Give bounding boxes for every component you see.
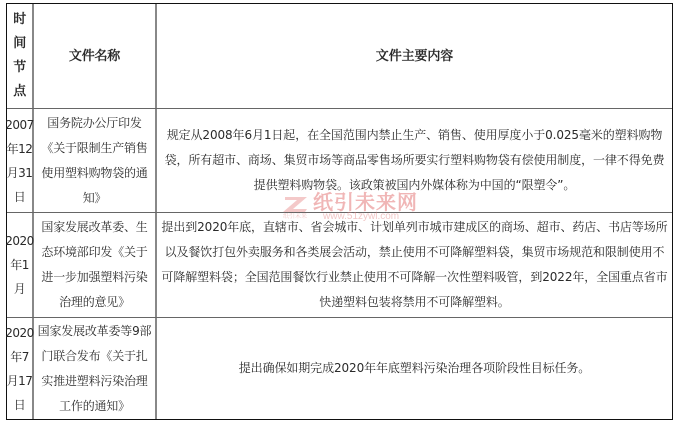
row-time: 2020年7月17日	[7, 318, 34, 419]
header-name: 文件名称	[34, 4, 157, 108]
table-row: 2007年12月31日 国务院办公厅印发《关于限制生产销售使用塑料购物袋的通知》…	[7, 108, 672, 212]
row-name: 国家发展改革委、生态环境部印发《关于进一步加强塑料污染治理的意见》	[34, 213, 157, 317]
row-content: 提出确保如期完成2020年年底塑料污染治理各项阶段性目标任务。	[157, 318, 672, 419]
row-name: 国务院办公厅印发《关于限制生产销售使用塑料购物袋的通知》	[34, 109, 157, 212]
row-content: 规定从2008年6月1日起，在全国范围内禁止生产、销售、使用厚度小于0.025毫…	[157, 109, 672, 212]
row-time: 2020年1月	[7, 213, 34, 317]
row-time: 2007年12月31日	[7, 109, 34, 212]
row-content: 提出到2020年底，直辖市、省会城市、计划单列市城市建成区的商场、超市、药店、书…	[157, 213, 672, 317]
row-name: 国家发展改革委等9部门联合发布《关于扎实推进塑料污染治理工作的通知》	[34, 318, 157, 419]
table-header-row: 时间节点 文件名称 文件主要内容	[7, 4, 672, 108]
table-row: 2020年1月 国家发展改革委、生态环境部印发《关于进一步加强塑料污染治理的意见…	[7, 212, 672, 317]
header-time: 时间节点	[7, 4, 34, 108]
header-content: 文件主要内容	[157, 4, 672, 108]
table-row: 2020年7月17日 国家发展改革委等9部门联合发布《关于扎实推进塑料污染治理工…	[7, 317, 672, 419]
policy-table: 时间节点 文件名称 文件主要内容 2007年12月31日 国务院办公厅印发《关于…	[6, 3, 673, 420]
